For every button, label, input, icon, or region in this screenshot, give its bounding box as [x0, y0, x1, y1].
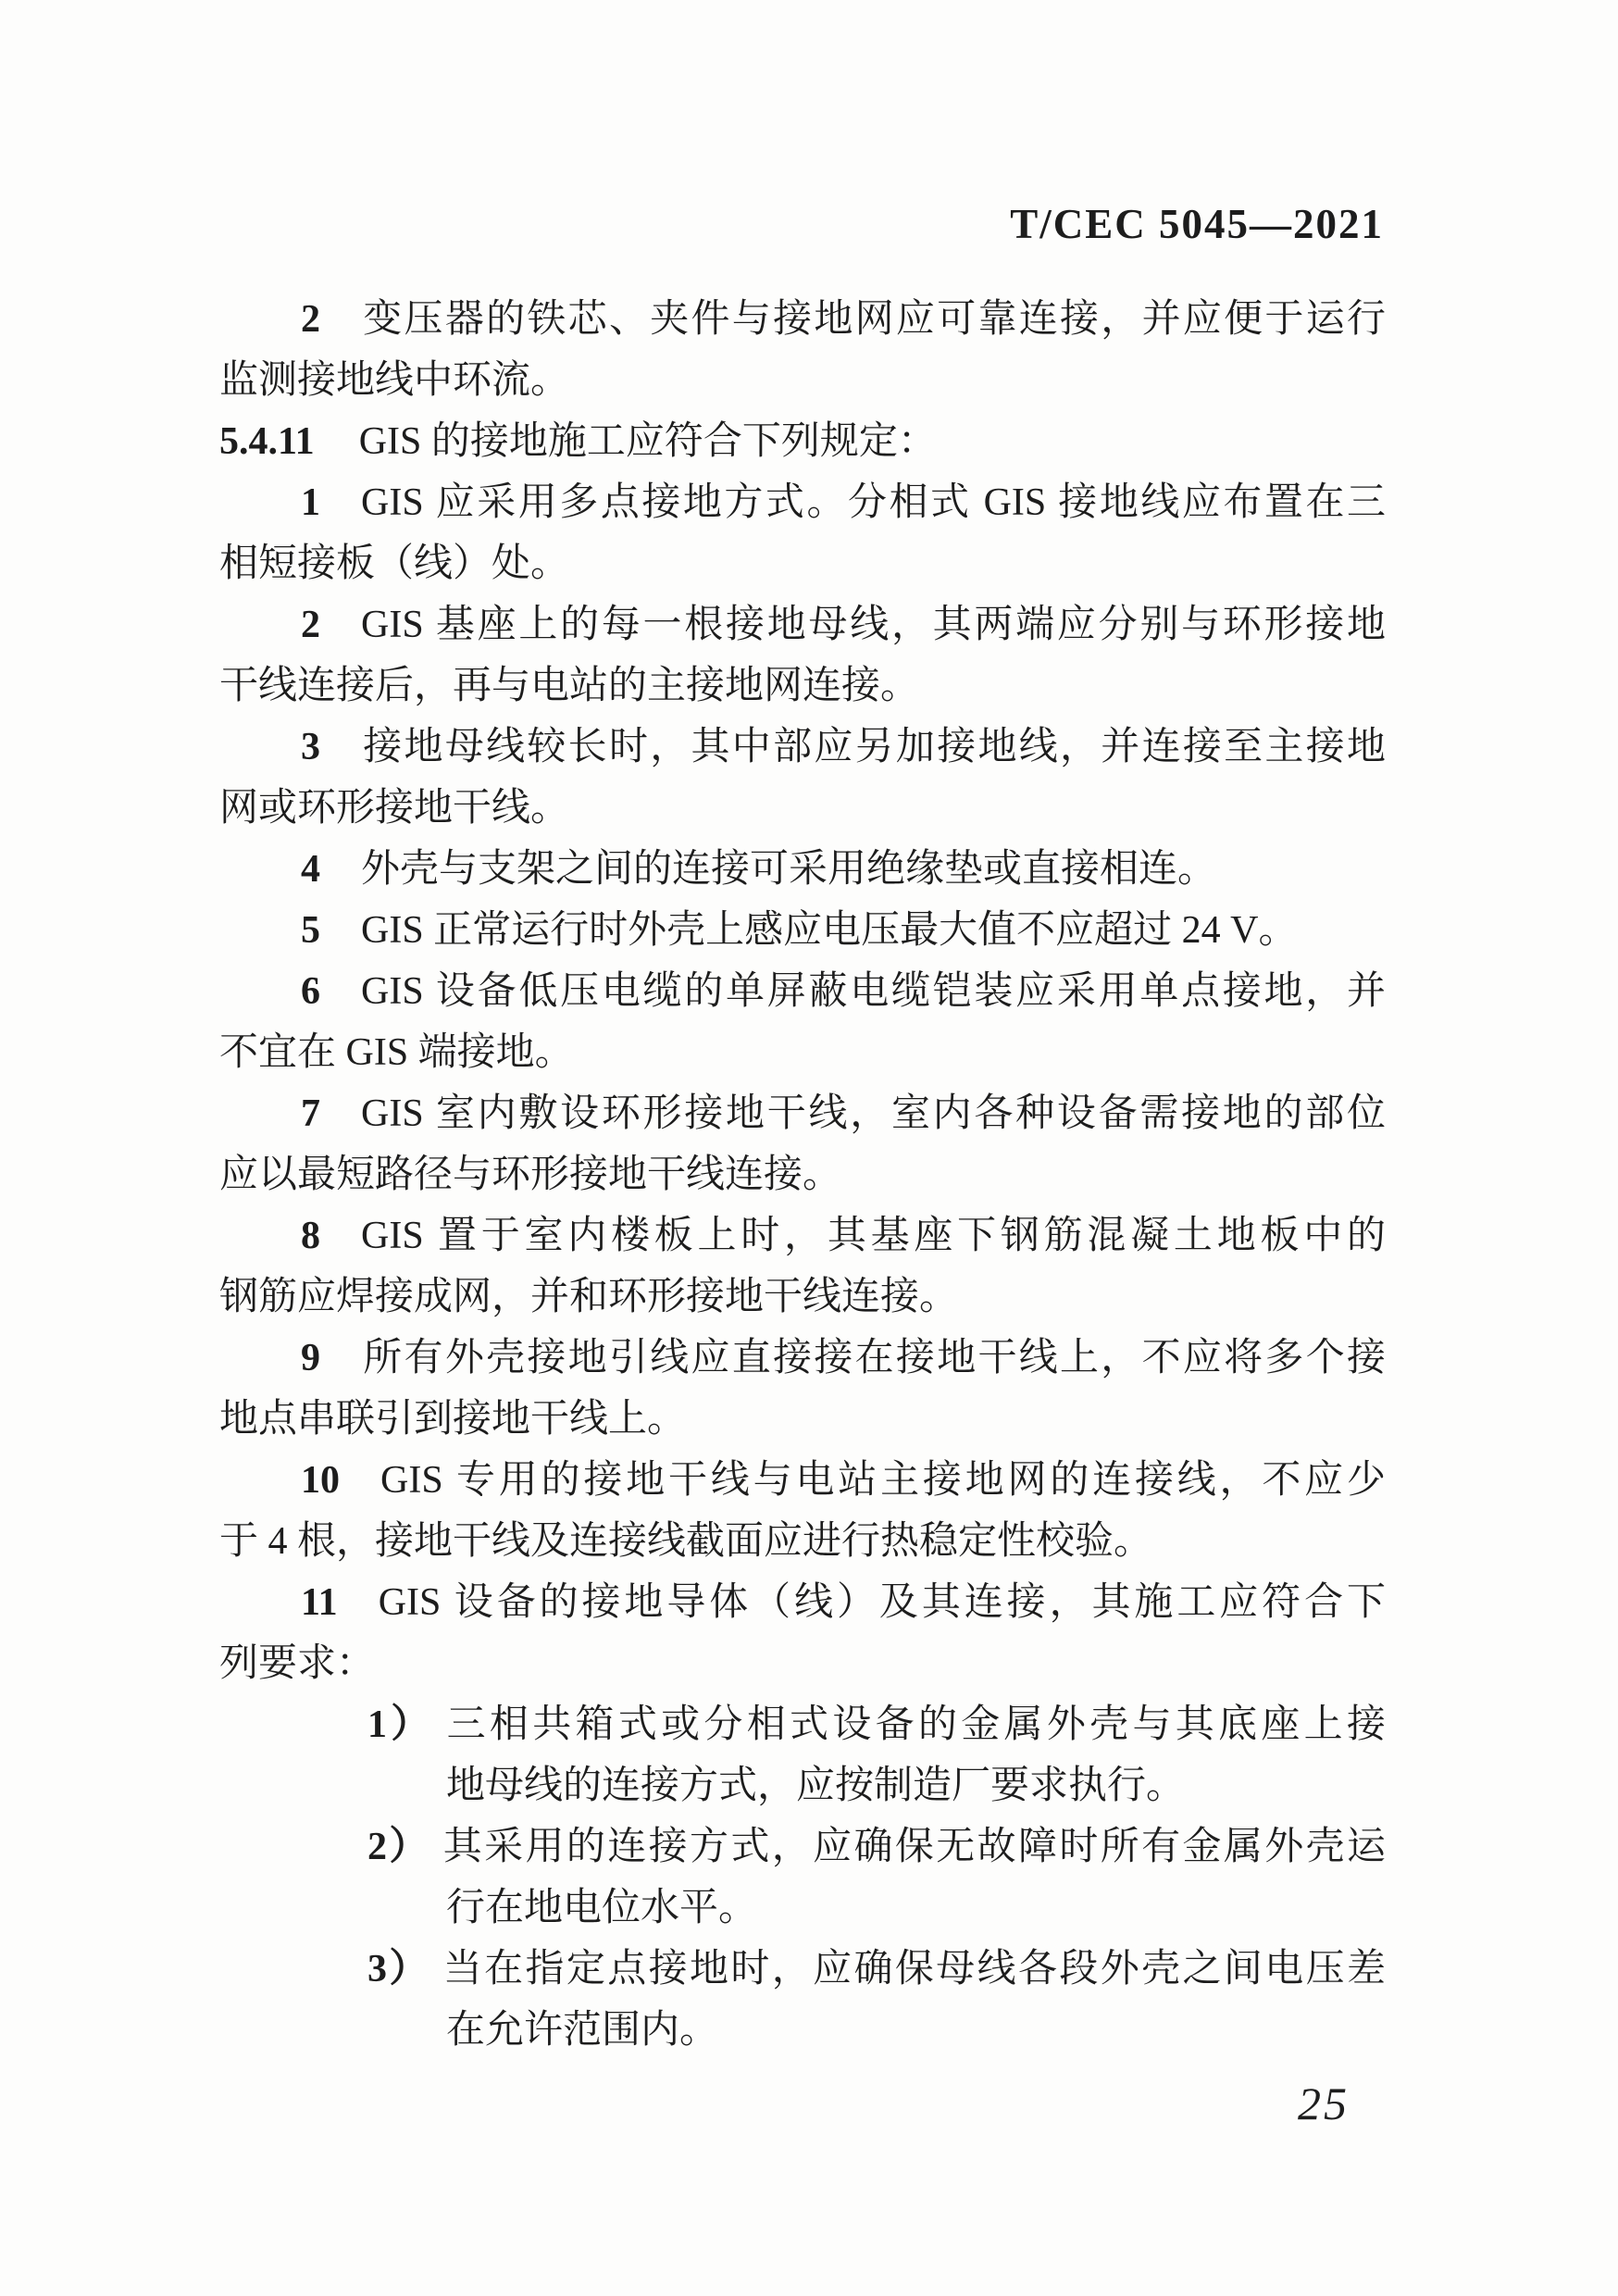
page-number: 25: [1298, 2077, 1350, 2130]
text-line: 10GIS 专用的接地干线与电站主接地网的连接线，不应少: [219, 1450, 1386, 1511]
text-line: 5.4.11GIS 的接地施工应符合下列规定：: [219, 411, 1386, 472]
item-number: 5: [301, 909, 320, 952]
text-line: 2GIS 基座上的每一根接地母线，其两端应分别与环形接地: [219, 594, 1386, 655]
item-number: 11: [301, 1581, 338, 1624]
line-text: 地母线的连接方式，应按制造厂要求执行。: [446, 1765, 1185, 1807]
text-line: 地点串联引到接地干线上。: [219, 1389, 1386, 1450]
item-number: 4: [301, 848, 320, 891]
line-text: 不宜在 GIS 端接地。: [219, 1031, 574, 1074]
item-number: 6: [301, 970, 320, 1013]
text-line: 3接地母线较长时，其中部应另加接地线，并连接至主接地: [219, 717, 1386, 778]
text-line: 应以最短路径与环形接地干线连接。: [219, 1144, 1386, 1205]
item-number: 2: [301, 298, 320, 341]
line-text: 地点串联引到接地干线上。: [219, 1398, 686, 1441]
line-text: GIS 基座上的每一根接地母线，其两端应分别与环形接地: [361, 604, 1386, 646]
text-line: 3）当在指定点接地时，应确保母线各段外壳之间电压差: [219, 1939, 1386, 2000]
line-text: 接地母线较长时，其中部应另加接地线，并连接至主接地: [361, 726, 1386, 768]
line-text: 行在地电位水平。: [446, 1887, 757, 1929]
text-line: 11GIS 设备的接地导体（线）及其连接，其施工应符合下: [219, 1572, 1386, 1633]
text-line: 1GIS 应采用多点接地方式。分相式 GIS 接地线应布置在三: [219, 472, 1386, 533]
text-line: 1）三相共箱式或分相式设备的金属外壳与其底座上接: [219, 1694, 1386, 1755]
text-line: 干线连接后，再与电站的主接地网连接。: [219, 655, 1386, 717]
text-line: 7GIS 室内敷设环形接地干线，室内各种设备需接地的部位: [219, 1083, 1386, 1144]
document-page: T/CEC 5045—2021 2变压器的铁芯、夹件与接地网应可靠连接，并应便于…: [0, 0, 1618, 2296]
line-text: 网或环形接地干线。: [219, 787, 569, 830]
line-text: 列要求：: [219, 1642, 375, 1685]
line-text: GIS 置于室内楼板上时，其基座下钢筋混凝土地板中的: [361, 1215, 1386, 1257]
text-line: 9所有外壳接地引线应直接接在接地干线上，不应将多个接: [219, 1328, 1386, 1389]
text-line: 钢筋应焊接成网，并和环形接地干线连接。: [219, 1267, 1386, 1328]
line-text: GIS 专用的接地干线与电站主接地网的连接线，不应少: [380, 1459, 1386, 1502]
standard-code-header: T/CEC 5045—2021: [1010, 200, 1384, 248]
line-text: 当在指定点接地时，应确保母线各段外壳之间电压差: [443, 1948, 1386, 1990]
line-text: 钢筋应焊接成网，并和环形接地干线连接。: [219, 1276, 958, 1318]
line-text: 于 4 根，接地干线及连接线截面应进行热稳定性校验。: [219, 1520, 1152, 1563]
line-text: 外壳与支架之间的连接可采用绝缘垫或直接相连。: [361, 848, 1216, 891]
line-text: 干线连接后，再与电站的主接地网连接。: [219, 665, 919, 707]
text-line: 行在地电位水平。: [219, 1878, 1386, 1939]
item-number: 3）: [367, 1948, 430, 1990]
line-text: 在允许范围内。: [446, 2009, 718, 2052]
item-number: 10: [301, 1459, 340, 1502]
text-line: 监测接地线中环流。: [219, 350, 1386, 411]
text-line: 于 4 根，接地干线及连接线截面应进行热稳定性校验。: [219, 1511, 1386, 1572]
text-line: 列要求：: [219, 1633, 1386, 1694]
line-text: GIS 室内敷设环形接地干线，室内各种设备需接地的部位: [361, 1092, 1386, 1135]
line-text: 应以最短路径与环形接地干线连接。: [219, 1154, 841, 1196]
line-text: 三相共箱式或分相式设备的金属外壳与其底座上接: [447, 1703, 1386, 1746]
text-line: 5GIS 正常运行时外壳上感应电压最大值不应超过 24 V。: [219, 900, 1386, 961]
text-line: 地母线的连接方式，应按制造厂要求执行。: [219, 1755, 1386, 1816]
item-number: 1: [301, 481, 320, 524]
item-number: 9: [301, 1337, 320, 1379]
text-line: 相短接板（线）处。: [219, 533, 1386, 594]
item-number: 2: [301, 604, 320, 646]
text-block: 2变压器的铁芯、夹件与接地网应可靠连接，并应便于运行监测接地线中环流。5.4.1…: [219, 289, 1386, 2061]
text-line: 2）其采用的连接方式，应确保无故障时所有金属外壳运: [219, 1816, 1386, 1878]
line-text: 变压器的铁芯、夹件与接地网应可靠连接，并应便于运行: [361, 298, 1386, 341]
text-line: 在允许范围内。: [219, 2000, 1386, 2061]
text-line: 8GIS 置于室内楼板上时，其基座下钢筋混凝土地板中的: [219, 1205, 1386, 1267]
line-text: 相短接板（线）处。: [219, 543, 569, 585]
text-line: 6GIS 设备低压电缆的单屏蔽电缆铠装应采用单点接地，并: [219, 961, 1386, 1022]
item-number: 8: [301, 1215, 320, 1257]
line-text: GIS 的接地施工应符合下列规定：: [359, 420, 937, 463]
line-text: GIS 正常运行时外壳上感应电压最大值不应超过 24 V。: [361, 909, 1298, 952]
text-line: 网或环形接地干线。: [219, 778, 1386, 839]
line-text: 所有外壳接地引线应直接接在接地干线上，不应将多个接: [361, 1337, 1386, 1379]
item-number: 5.4.11: [219, 420, 315, 463]
item-number: 1）: [367, 1703, 434, 1746]
item-number: 2）: [367, 1826, 430, 1868]
line-text: GIS 设备低压电缆的单屏蔽电缆铠装应采用单点接地，并: [361, 970, 1386, 1013]
item-number: 7: [301, 1092, 320, 1135]
line-text: 其采用的连接方式，应确保无故障时所有金属外壳运: [443, 1826, 1386, 1868]
line-text: 监测接地线中环流。: [219, 359, 569, 402]
text-line: 4外壳与支架之间的连接可采用绝缘垫或直接相连。: [219, 839, 1386, 900]
text-line: 2变压器的铁芯、夹件与接地网应可靠连接，并应便于运行: [219, 289, 1386, 350]
text-line: 不宜在 GIS 端接地。: [219, 1022, 1386, 1083]
line-text: GIS 应采用多点接地方式。分相式 GIS 接地线应布置在三: [361, 481, 1386, 524]
line-text: GIS 设备的接地导体（线）及其连接，其施工应符合下: [379, 1581, 1386, 1624]
item-number: 3: [301, 726, 320, 768]
